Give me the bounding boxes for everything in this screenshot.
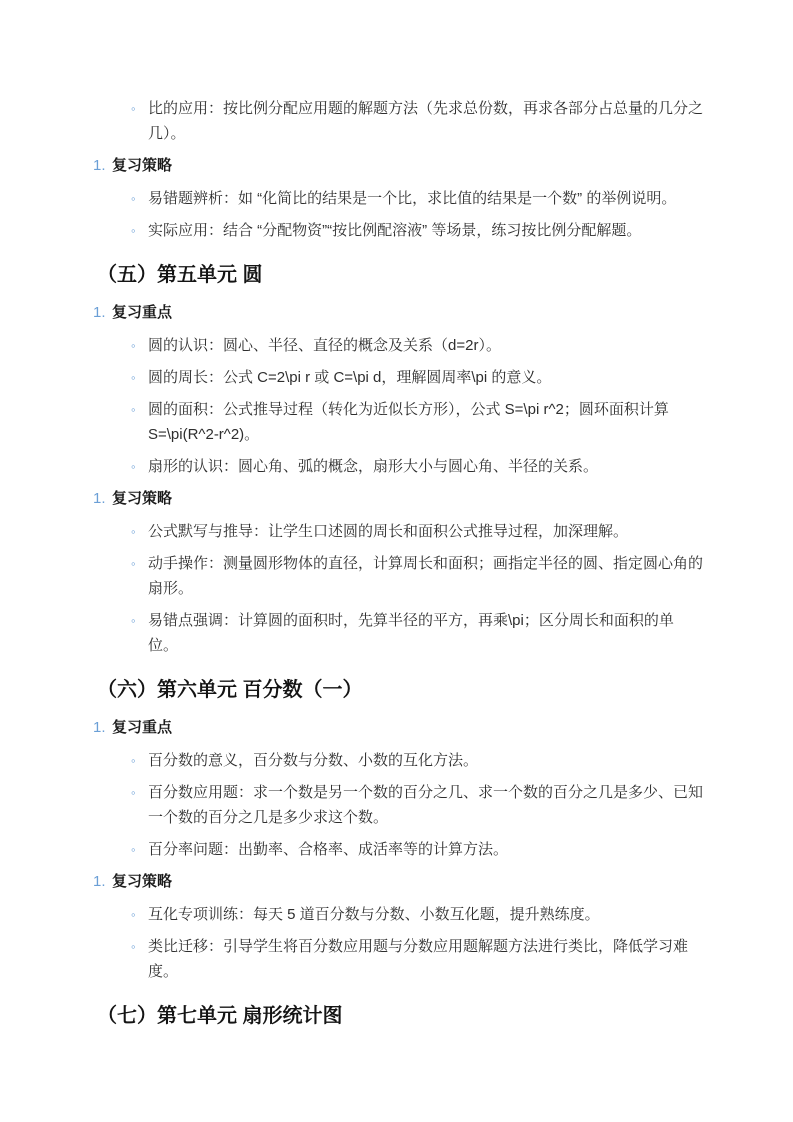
list-number: 1.: [93, 715, 112, 740]
bullet-item: ◦ 易错题辨析：如 “化简比的结果是一个比，求比值的结果是一个数” 的举例说明。: [93, 186, 703, 211]
bullet-text: 百分率问题：出勤率、合格率、成活率等的计算方法。: [148, 837, 703, 862]
bullet-item: ◦ 类比迁移：引导学生将百分数应用题与分数应用题解题方法进行类比，降低学习难度。: [93, 934, 703, 984]
bullet-item: ◦ 互化专项训练：每天 5 道百分数与分数、小数互化题，提升熟练度。: [93, 902, 703, 927]
bullet-text: 圆的认识：圆心、半径、直径的概念及关系（d=2r）。: [148, 333, 703, 358]
bullet-item: ◦ 百分数的意义，百分数与分数、小数的互化方法。: [93, 748, 703, 773]
bullet-item: ◦ 动手操作：测量圆形物体的直径，计算周长和面积；画指定半径的圆、指定圆心角的扇…: [93, 551, 703, 601]
bullet-text: 易错点强调：计算圆的面积时，先算半径的平方，再乘\pi；区分周长和面积的单位。: [148, 608, 703, 658]
bullet-text: 类比迁移：引导学生将百分数应用题与分数应用题解题方法进行类比，降低学习难度。: [148, 934, 703, 984]
bullet-text: 圆的周长：公式 C=2\pi r 或 C=\pi d，理解圆周率\pi 的意义。: [148, 365, 703, 390]
list-number: 1.: [93, 869, 112, 894]
bullet-text: 互化专项训练：每天 5 道百分数与分数、小数互化题，提升熟练度。: [148, 902, 703, 927]
circle-bullet-icon: ◦: [131, 333, 148, 358]
circle-bullet-icon: ◦: [131, 837, 148, 862]
bullet-item: ◦ 实际应用：结合 “分配物资”“按比例配溶液” 等场景，练习按比例分配解题。: [93, 218, 703, 243]
bullet-text: 扇形的认识：圆心角、弧的概念，扇形大小与圆心角、半径的关系。: [148, 454, 703, 479]
bullet-item: ◦ 圆的认识：圆心、半径、直径的概念及关系（d=2r）。: [93, 333, 703, 358]
circle-bullet-icon: ◦: [131, 934, 148, 984]
bullet-text: 公式默写与推导：让学生口述圆的周长和面积公式推导过程，加深理解。: [148, 519, 703, 544]
bullet-text: 比的应用：按比例分配应用题的解题方法（先求总份数，再求各部分占总量的几分之几）。: [148, 96, 703, 146]
circle-bullet-icon: ◦: [131, 454, 148, 479]
list-title: 复习策略: [112, 873, 172, 890]
list-title: 复习重点: [112, 304, 172, 321]
unit6-strategy-bullet-list: ◦ 互化专项训练：每天 5 道百分数与分数、小数互化题，提升熟练度。 ◦ 类比迁…: [93, 902, 703, 984]
bullet-item: ◦ 圆的面积：公式推导过程（转化为近似长方形），公式 S=\pi r^2；圆环面…: [93, 397, 703, 447]
circle-bullet-icon: ◦: [131, 365, 148, 390]
numbered-item-intro-strategy: 1.复习策略: [93, 153, 703, 178]
bullet-item: ◦ 公式默写与推导：让学生口述圆的周长和面积公式推导过程，加深理解。: [93, 519, 703, 544]
circle-bullet-icon: ◦: [131, 748, 148, 773]
bullet-item: ◦ 易错点强调：计算圆的面积时，先算半径的平方，再乘\pi；区分周长和面积的单位…: [93, 608, 703, 658]
circle-bullet-icon: ◦: [131, 608, 148, 658]
intro-bullet-list: ◦ 比的应用：按比例分配应用题的解题方法（先求总份数，再求各部分占总量的几分之几…: [93, 96, 703, 146]
bullet-text: 动手操作：测量圆形物体的直径，计算周长和面积；画指定半径的圆、指定圆心角的扇形。: [148, 551, 703, 601]
list-number: 1.: [93, 153, 112, 178]
bullet-item: ◦ 百分数应用题：求一个数是另一个数的百分之几、求一个数的百分之几是多少、已知一…: [93, 780, 703, 830]
bullet-text: 圆的面积：公式推导过程（转化为近似长方形），公式 S=\pi r^2；圆环面积计…: [148, 397, 703, 447]
circle-bullet-icon: ◦: [131, 551, 148, 601]
circle-bullet-icon: ◦: [131, 186, 148, 211]
bullet-item: ◦ 百分率问题：出勤率、合格率、成活率等的计算方法。: [93, 837, 703, 862]
bullet-item: ◦ 扇形的认识：圆心角、弧的概念，扇形大小与圆心角、半径的关系。: [93, 454, 703, 479]
bullet-item: ◦ 比的应用：按比例分配应用题的解题方法（先求总份数，再求各部分占总量的几分之几…: [93, 96, 703, 146]
bullet-text: 百分数的意义，百分数与分数、小数的互化方法。: [148, 748, 703, 773]
circle-bullet-icon: ◦: [131, 96, 148, 146]
list-title: 复习重点: [112, 719, 172, 736]
bullet-text: 百分数应用题：求一个数是另一个数的百分之几、求一个数的百分之几是多少、已知一个数…: [148, 780, 703, 830]
numbered-item-unit5-keypoints: 1.复习重点: [93, 300, 703, 325]
document-page: ◦ 比的应用：按比例分配应用题的解题方法（先求总份数，再求各部分占总量的几分之几…: [0, 0, 793, 1122]
list-number: 1.: [93, 300, 112, 325]
circle-bullet-icon: ◦: [131, 397, 148, 447]
numbered-item-unit5-strategy: 1.复习策略: [93, 486, 703, 511]
circle-bullet-icon: ◦: [131, 519, 148, 544]
list-title: 复习策略: [112, 490, 172, 507]
list-number: 1.: [93, 486, 112, 511]
numbered-item-unit6-strategy: 1.复习策略: [93, 869, 703, 894]
bullet-text: 实际应用：结合 “分配物资”“按比例配溶液” 等场景，练习按比例分配解题。: [148, 218, 703, 243]
circle-bullet-icon: ◦: [131, 218, 148, 243]
heading-unit5: （五）第五单元 圆: [93, 262, 703, 289]
numbered-item-unit6-keypoints: 1.复习重点: [93, 715, 703, 740]
unit5-strategy-bullet-list: ◦ 公式默写与推导：让学生口述圆的周长和面积公式推导过程，加深理解。 ◦ 动手操…: [93, 519, 703, 658]
circle-bullet-icon: ◦: [131, 902, 148, 927]
heading-unit6: （六）第六单元 百分数（一）: [93, 677, 703, 704]
list-title: 复习策略: [112, 157, 172, 174]
intro-strategy-bullet-list: ◦ 易错题辨析：如 “化简比的结果是一个比，求比值的结果是一个数” 的举例说明。…: [93, 186, 703, 243]
unit5-keypoints-bullet-list: ◦ 圆的认识：圆心、半径、直径的概念及关系（d=2r）。 ◦ 圆的周长：公式 C…: [93, 333, 703, 479]
bullet-text: 易错题辨析：如 “化简比的结果是一个比，求比值的结果是一个数” 的举例说明。: [148, 186, 703, 211]
heading-unit7: （七）第七单元 扇形统计图: [93, 1003, 703, 1030]
unit6-keypoints-bullet-list: ◦ 百分数的意义，百分数与分数、小数的互化方法。 ◦ 百分数应用题：求一个数是另…: [93, 748, 703, 862]
bullet-item: ◦ 圆的周长：公式 C=2\pi r 或 C=\pi d，理解圆周率\pi 的意…: [93, 365, 703, 390]
circle-bullet-icon: ◦: [131, 780, 148, 830]
